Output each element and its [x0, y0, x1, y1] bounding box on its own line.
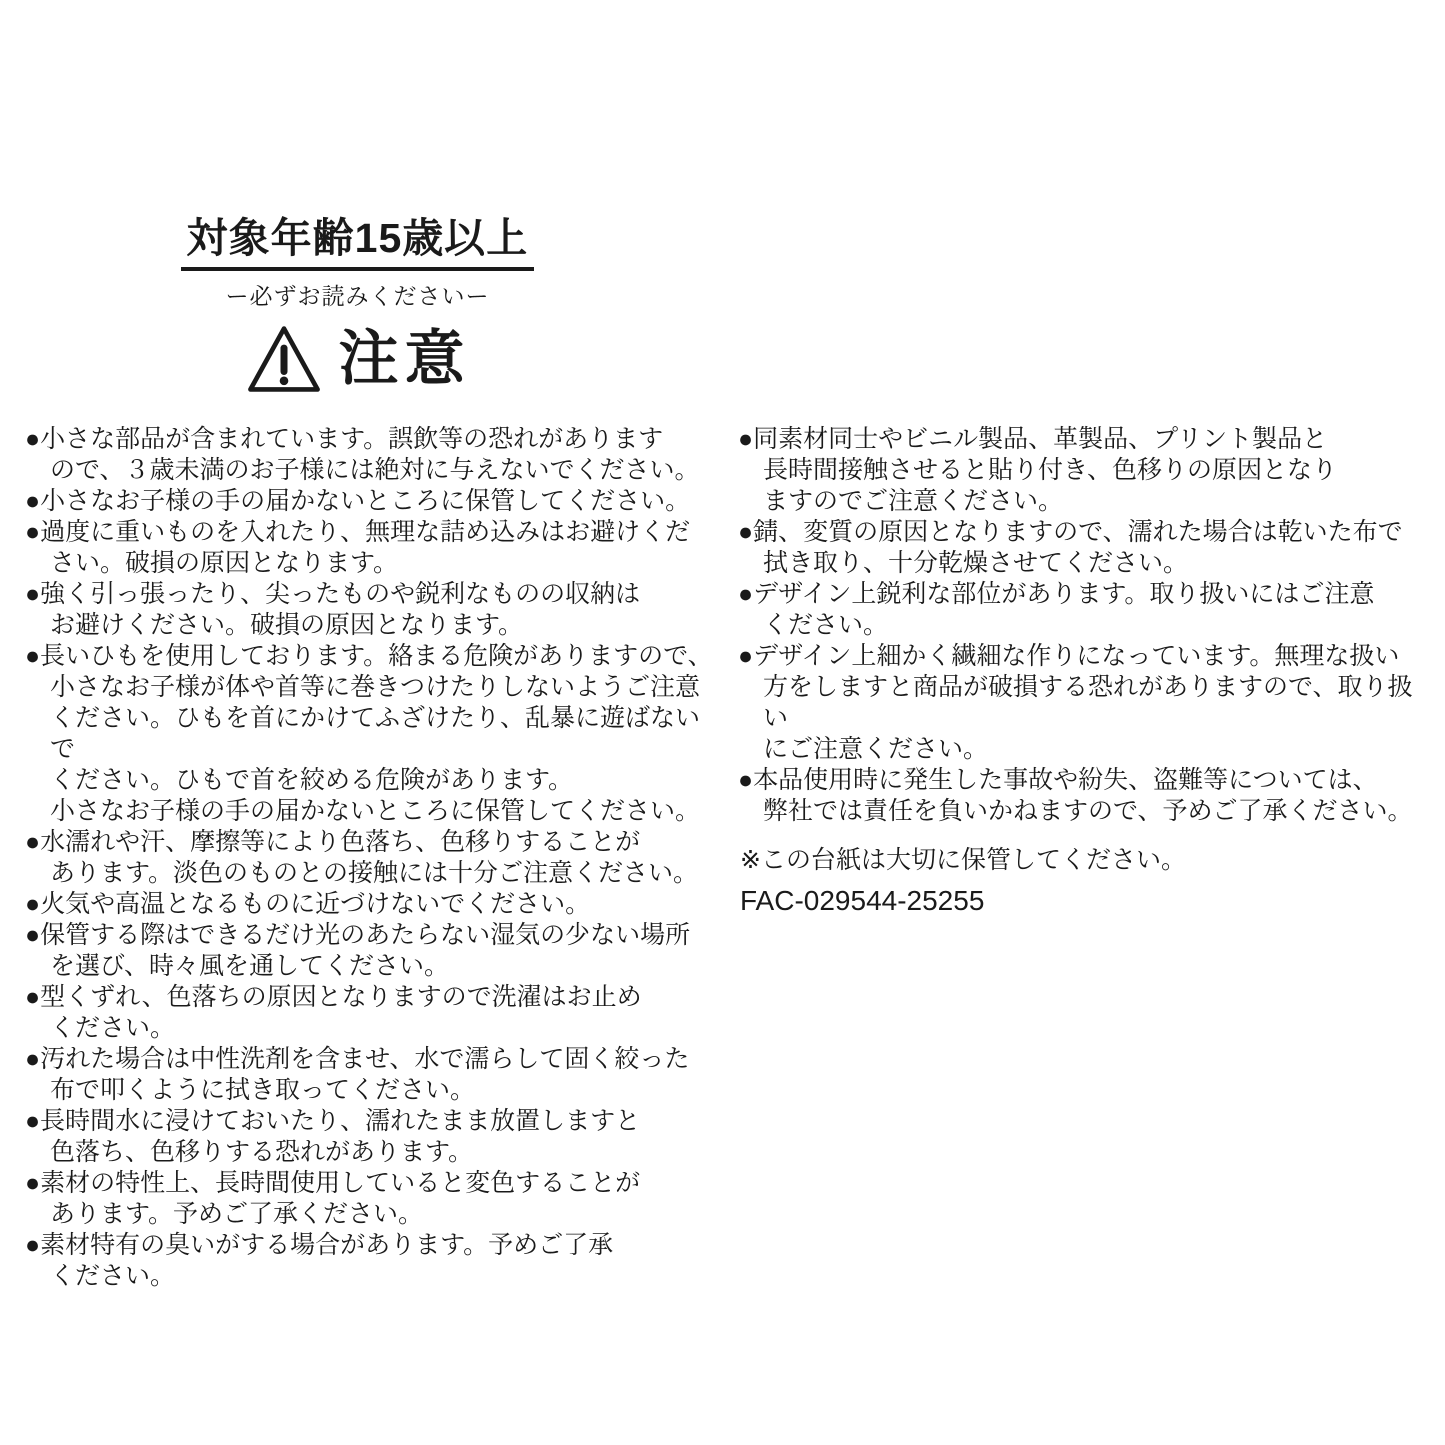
caution-item: ●本品使用時に発生した事故や紛失、盗難等については、 弊社では責任を負いかねます… [738, 765, 1428, 827]
caution-item: ●素材特有の臭いがする場合があります。予めご了承 ください。 [25, 1230, 715, 1292]
left-column: ●小さな部品が含まれています。誤飲等の恐れがあります ので、３歳未満のお子様には… [25, 424, 715, 1292]
footer-note: ※この台紙は大切に保管してください。 [740, 845, 1186, 876]
caution-title: 注意 [339, 329, 471, 389]
caution-item: ●長時間水に浸けておいたり、濡れたまま放置しますと 色落ち、色移りする恐れがあり… [25, 1106, 715, 1168]
caution-item: ●長いひもを使用しております。絡まる危険がありますので、 小さなお子様が体や首等… [25, 641, 715, 827]
caution-item: ●小さな部品が含まれています。誤飲等の恐れがあります ので、３歳未満のお子様には… [25, 424, 715, 486]
caution-item: ●水濡れや汗、摩擦等により色落ち、色移りすることが あります。淡色のものとの接触… [25, 827, 715, 889]
caution-item: ●火気や高温となるものに近づけないでください。 [25, 889, 715, 920]
caution-item: ●過度に重いものを入れたり、無理な詰め込みはお避けくだ さい。破損の原因となりま… [25, 517, 715, 579]
caution-item: ●強く引っ張ったり、尖ったものや鋭利なものの収納は お避けください。破損の原因と… [25, 579, 715, 641]
caution-item: ●型くずれ、色落ちの原因となりますので洗濯はお止め ください。 [25, 982, 715, 1044]
caution-item: ●デザイン上細かく繊細な作りになっています。無理な扱い 方をしますと商品が破損す… [738, 641, 1428, 765]
read-notice: ー必ずお読みくださいー [0, 278, 715, 311]
age-heading: 対象年齢15歳以上 [181, 216, 535, 271]
caution-heading: 注意 [0, 323, 715, 395]
header: 対象年齢15歳以上 ー必ずお読みくださいー 注意 [0, 216, 715, 395]
caution-item: ●同素材同士やビニル製品、革製品、プリント製品と 長時間接触させると貼り付き、色… [738, 424, 1428, 517]
caution-item: ●錆、変質の原因となりますので、濡れた場合は乾いた布で 拭き取り、十分乾燥させて… [738, 517, 1428, 579]
caution-item: ●汚れた場合は中性洗剤を含ませ、水で濡らして固く絞った 布で叩くように拭き取って… [25, 1044, 715, 1106]
caution-item: ●小さなお子様の手の届かないところに保管してください。 [25, 486, 715, 517]
caution-item: ●デザイン上鋭利な部位があります。取り扱いにはご注意 ください。 [738, 579, 1428, 641]
right-column: ●同素材同士やビニル製品、革製品、プリント製品と 長時間接触させると貼り付き、色… [738, 424, 1428, 827]
product-code: FAC-029544-25255 [740, 885, 1186, 917]
caution-card: 対象年齢15歳以上 ー必ずお読みくださいー 注意 ●小さな部品が含まれています。… [0, 0, 1445, 1445]
caution-item: ●素材の特性上、長時間使用していると変色することが あります。予めご了承ください… [25, 1168, 715, 1230]
caution-item: ●保管する際はできるだけ光のあたらない湿気の少ない場所 を選び、時々風を通してく… [25, 920, 715, 982]
footer: ※この台紙は大切に保管してください。 FAC-029544-25255 [740, 845, 1186, 917]
warning-triangle-icon [245, 323, 323, 395]
